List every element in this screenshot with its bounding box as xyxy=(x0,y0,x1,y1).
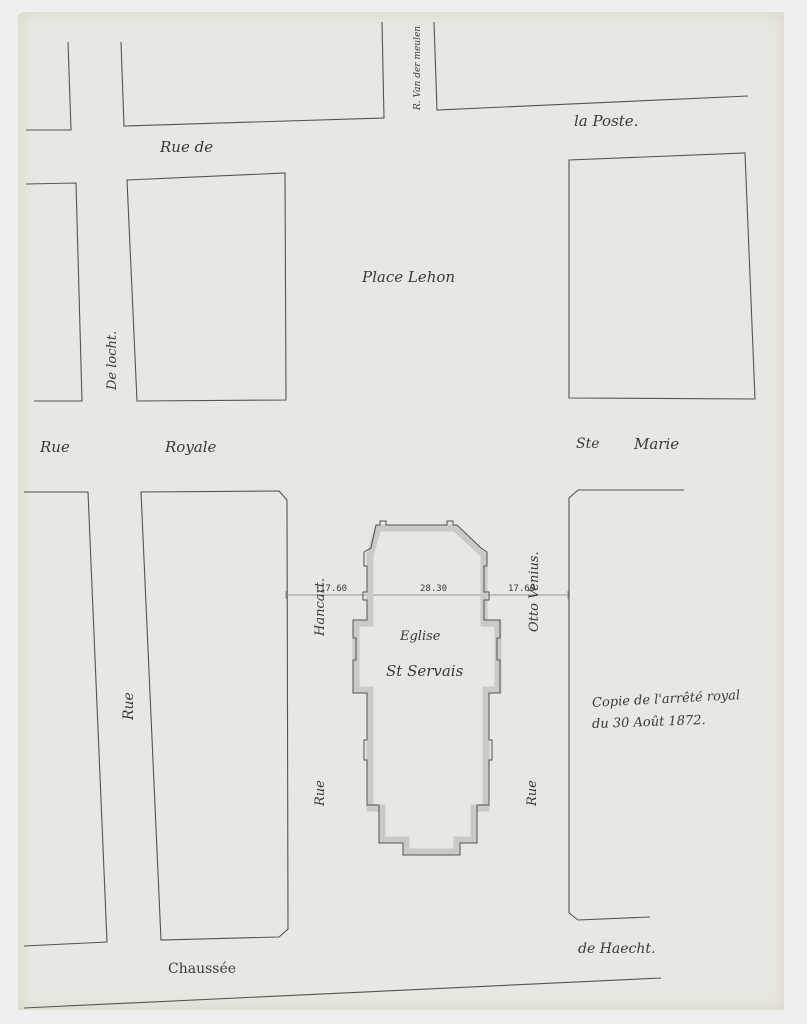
label-hancart-rue: Rue xyxy=(314,780,327,806)
label-rue-de: Rue de xyxy=(160,140,213,155)
label-rue-royale-rue: Rue xyxy=(40,440,70,455)
dimension-church-width: 28.30 xyxy=(420,585,447,594)
label-de-haecht: de Haecht. xyxy=(578,942,655,956)
church-name-line2: St Servais xyxy=(386,664,463,679)
street-plan xyxy=(0,0,807,1024)
church-name-line1: Eglise xyxy=(400,630,441,643)
church-outline xyxy=(353,521,500,855)
block-top-far-left xyxy=(26,42,71,130)
block-top-left xyxy=(121,22,384,126)
block-low-left xyxy=(141,491,288,940)
label-rue-royale: Royale xyxy=(165,440,216,455)
label-de-locht: De locht. xyxy=(106,331,119,390)
label-chaussee: Chaussée xyxy=(168,962,236,976)
label-rue-left: Rue xyxy=(122,692,136,720)
label-marie: Marie xyxy=(634,437,679,452)
block-mid-far-left xyxy=(26,183,82,401)
label-la-poste: la Poste. xyxy=(574,114,638,129)
block-mid-right xyxy=(569,153,755,399)
label-place-lehon: Place Lehon xyxy=(362,270,455,285)
dimension-right-gap: 17.60 xyxy=(508,585,535,594)
label-ste: Ste xyxy=(576,437,600,451)
dimension-left-gap: 17.60 xyxy=(320,585,347,594)
label-otto-rue: Rue xyxy=(526,780,539,806)
annotation-line2: du 30 Août 1872. xyxy=(592,714,706,731)
label-r-van-der-meulen: R. Van der meulen xyxy=(414,26,423,110)
chaussee-line xyxy=(24,978,661,1008)
block-mid-left xyxy=(127,173,286,401)
block-top-right xyxy=(434,22,748,110)
block-low-far-left xyxy=(24,492,107,946)
